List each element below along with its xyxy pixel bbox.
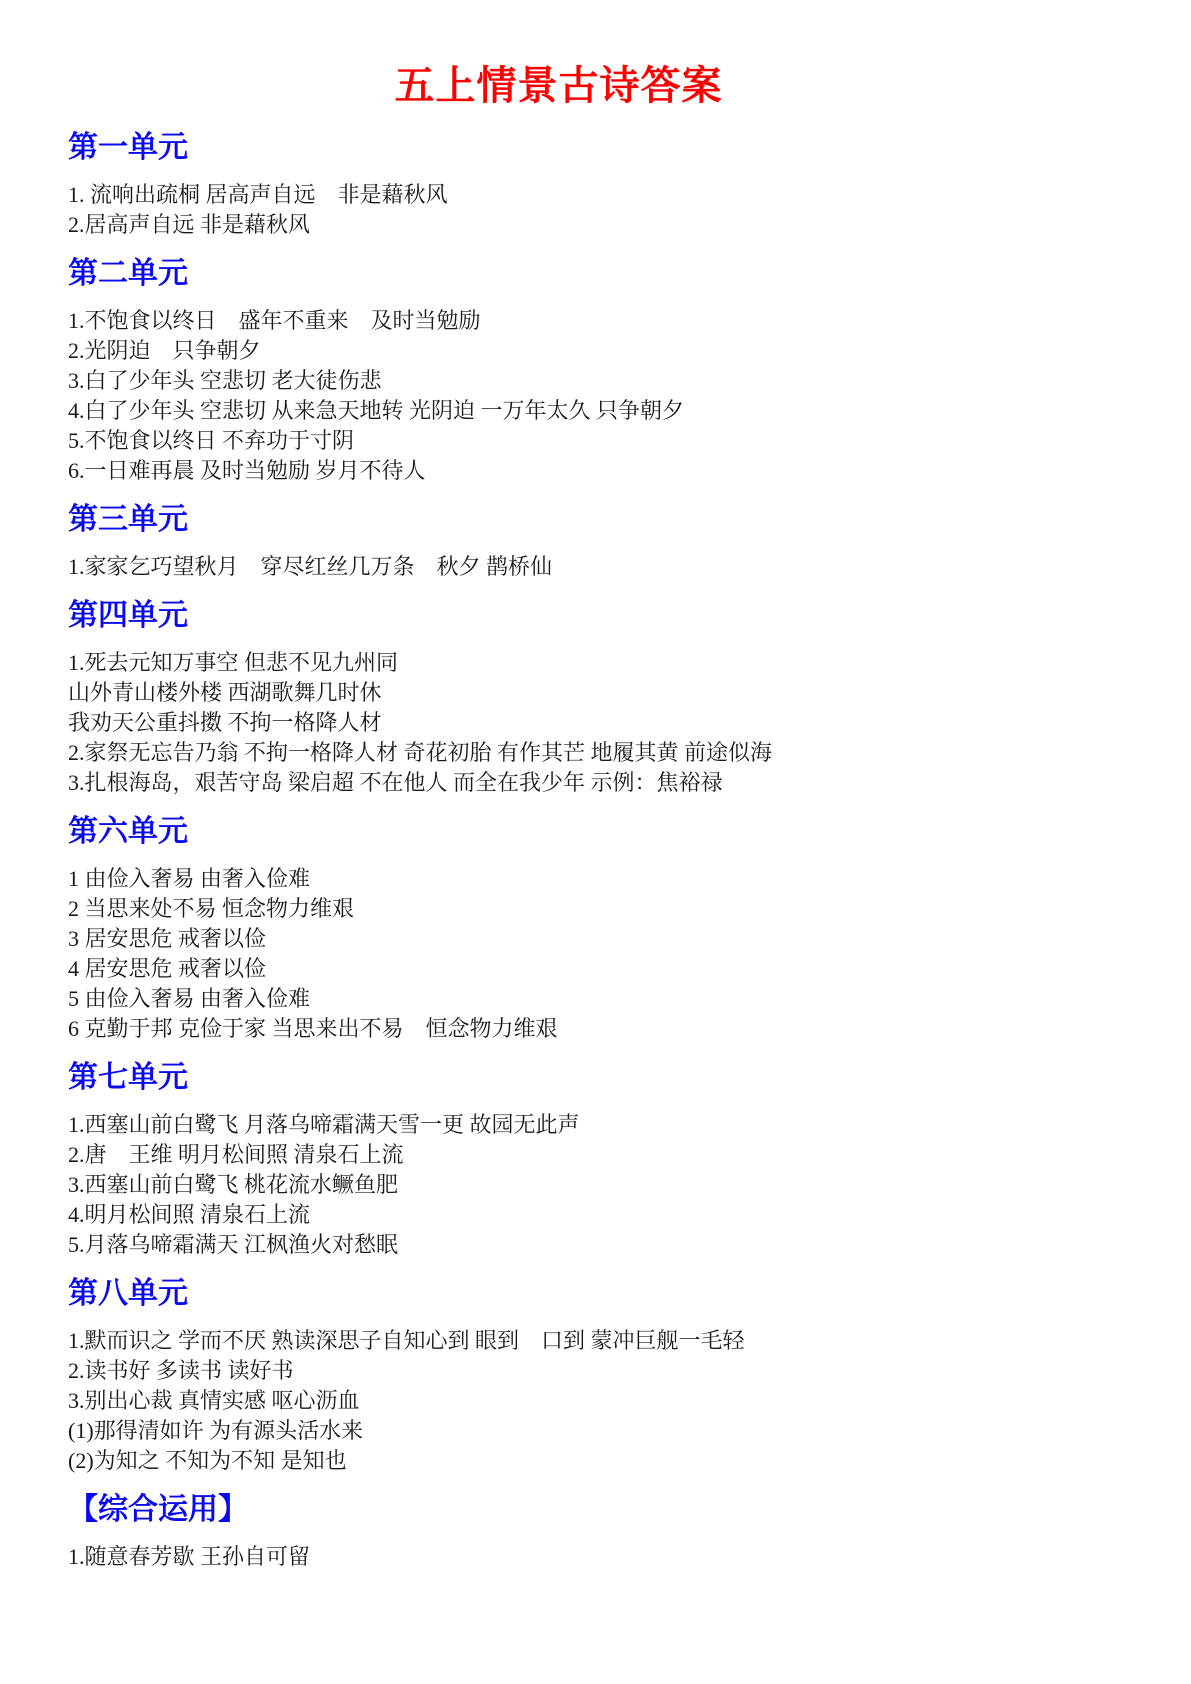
answer-line: 4.白了少年头 空悲切 从来急天地转 光阴迫 一万年太久 只争朝夕 xyxy=(68,396,1121,426)
section-heading: 第七单元 xyxy=(68,1060,1121,1096)
answer-line: 1. 流响出疏桐 居高声自远 非是藉秋风 xyxy=(68,180,1121,210)
answer-line: 我劝天公重抖擞 不拘一格降人材 xyxy=(68,708,1121,738)
section-heading: 第八单元 xyxy=(68,1276,1121,1312)
unit-section: 第三单元1.家家乞巧望秋月 穿尽红丝几万条 秋夕 鹊桥仙 xyxy=(68,502,1121,582)
answer-line: 4 居安思危 戒奢以俭 xyxy=(68,954,1121,984)
answer-line: 1.家家乞巧望秋月 穿尽红丝几万条 秋夕 鹊桥仙 xyxy=(68,552,1121,582)
section-heading: 第二单元 xyxy=(68,256,1121,292)
answer-line: 2.居高声自远 非是藉秋风 xyxy=(68,210,1121,240)
document-canvas: { "colors": { "title": "#fe0000", "headi… xyxy=(0,0,1191,1684)
answer-line: 1.默而识之 学而不厌 熟读深思子自知心到 眼到 口到 蒙冲巨舰一毛轻 xyxy=(68,1326,1121,1356)
page: 五上情景古诗答案 第一单元1. 流响出疏桐 居高声自远 非是藉秋风2.居高声自远… xyxy=(0,0,1191,1684)
answer-line: 1.随意春芳歇 王孙自可留 xyxy=(68,1542,1121,1572)
answer-line: (2)为知之 不知为不知 是知也 xyxy=(68,1446,1121,1476)
unit-section: 第八单元1.默而识之 学而不厌 熟读深思子自知心到 眼到 口到 蒙冲巨舰一毛轻2… xyxy=(68,1276,1121,1476)
unit-section: 第六单元1 由俭入奢易 由奢入俭难2 当思来处不易 恒念物力维艰3 居安思危 戒… xyxy=(68,814,1121,1044)
answer-line: 2.唐 王维 明月松间照 清泉石上流 xyxy=(68,1140,1121,1170)
document-title: 五上情景古诗答案 xyxy=(68,62,1049,110)
answer-line: 5 由俭入奢易 由奢入俭难 xyxy=(68,984,1121,1014)
section-heading: 第一单元 xyxy=(68,130,1121,166)
answer-line: 1.死去元知万事空 但悲不见九州同 xyxy=(68,648,1121,678)
answer-line: 3.西塞山前白鹭飞 桃花流水鳜鱼肥 xyxy=(68,1170,1121,1200)
answer-line: 1.西塞山前白鹭飞 月落乌啼霜满天雪一更 故园无此声 xyxy=(68,1110,1121,1140)
answer-line: 3.别出心裁 真情实感 呕心沥血 xyxy=(68,1386,1121,1416)
answer-line: 2.读书好 多读书 读好书 xyxy=(68,1356,1121,1386)
answer-line: 山外青山楼外楼 西湖歌舞几时休 xyxy=(68,678,1121,708)
answer-line: 3.扎根海岛，艰苦守岛 梁启超 不在他人 而全在我少年 示例：焦裕禄 xyxy=(68,768,1121,798)
answer-line: 4.明月松间照 清泉石上流 xyxy=(68,1200,1121,1230)
answer-line: 5.不饱食以终日 不弃功于寸阴 xyxy=(68,426,1121,456)
answer-line: 1 由俭入奢易 由奢入俭难 xyxy=(68,864,1121,894)
answer-line: (1)那得清如许 为有源头活水来 xyxy=(68,1416,1121,1446)
answer-line: 5.月落乌啼霜满天 江枫渔火对愁眠 xyxy=(68,1230,1121,1260)
section-heading: 第六单元 xyxy=(68,814,1121,850)
section-heading: 第四单元 xyxy=(68,598,1121,634)
answer-line: 6 克勤于邦 克俭于家 当思来出不易 恒念物力维艰 xyxy=(68,1014,1121,1044)
unit-section: 【综合运用】1.随意春芳歇 王孙自可留 xyxy=(68,1492,1121,1572)
answer-line: 2 当思来处不易 恒念物力维艰 xyxy=(68,894,1121,924)
answer-line: 2.家祭无忘告乃翁 不拘一格降人材 奇花初胎 有作其芒 地履其黄 前途似海 xyxy=(68,738,1121,768)
unit-section: 第二单元1.不饱食以终日 盛年不重来 及时当勉励2.光阴迫 只争朝夕3.白了少年… xyxy=(68,256,1121,486)
answer-line: 2.光阴迫 只争朝夕 xyxy=(68,336,1121,366)
unit-section: 第一单元1. 流响出疏桐 居高声自远 非是藉秋风2.居高声自远 非是藉秋风 xyxy=(68,130,1121,240)
unit-section: 第四单元1.死去元知万事空 但悲不见九州同山外青山楼外楼 西湖歌舞几时休我劝天公… xyxy=(68,598,1121,798)
answer-line: 6.一日难再晨 及时当勉励 岁月不待人 xyxy=(68,456,1121,486)
answer-line: 3 居安思危 戒奢以俭 xyxy=(68,924,1121,954)
sections-container: 第一单元1. 流响出疏桐 居高声自远 非是藉秋风2.居高声自远 非是藉秋风第二单… xyxy=(68,130,1121,1572)
unit-section: 第七单元1.西塞山前白鹭飞 月落乌啼霜满天雪一更 故园无此声2.唐 王维 明月松… xyxy=(68,1060,1121,1260)
answer-line: 1.不饱食以终日 盛年不重来 及时当勉励 xyxy=(68,306,1121,336)
section-heading: 第三单元 xyxy=(68,502,1121,538)
section-heading: 【综合运用】 xyxy=(68,1492,1121,1528)
answer-line: 3.白了少年头 空悲切 老大徒伤悲 xyxy=(68,366,1121,396)
